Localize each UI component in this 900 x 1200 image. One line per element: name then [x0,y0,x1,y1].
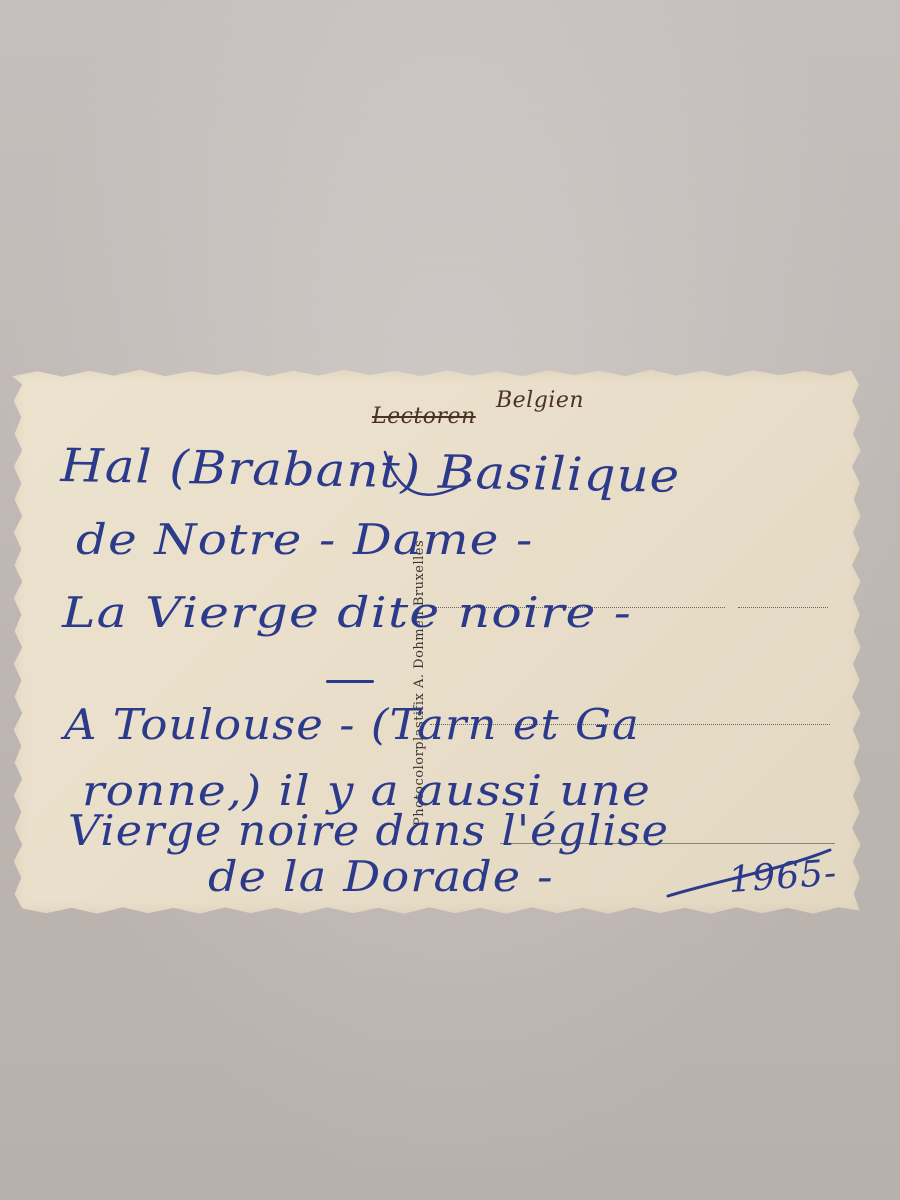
country-annotation: Belgien [496,388,584,413]
handwriting-line-4: A Toulouse - (Tarn et Ga [64,700,640,749]
handwriting-line-3: La Vierge dite noire - [62,588,632,637]
handwriting-line-1: Hal (Brabant) Basilique [60,438,681,503]
handwriting-line-7: de la Dorade - [208,852,554,901]
struck-annotation: Lectoren [372,404,476,429]
handwriting-line-2: de Notre - Dame - [76,515,533,564]
handwriting-line-6: Vierge noire dans l'église [68,806,669,855]
address-line-1b [738,607,828,608]
separator-dash [326,680,374,683]
year-written: 1965- [727,853,838,901]
